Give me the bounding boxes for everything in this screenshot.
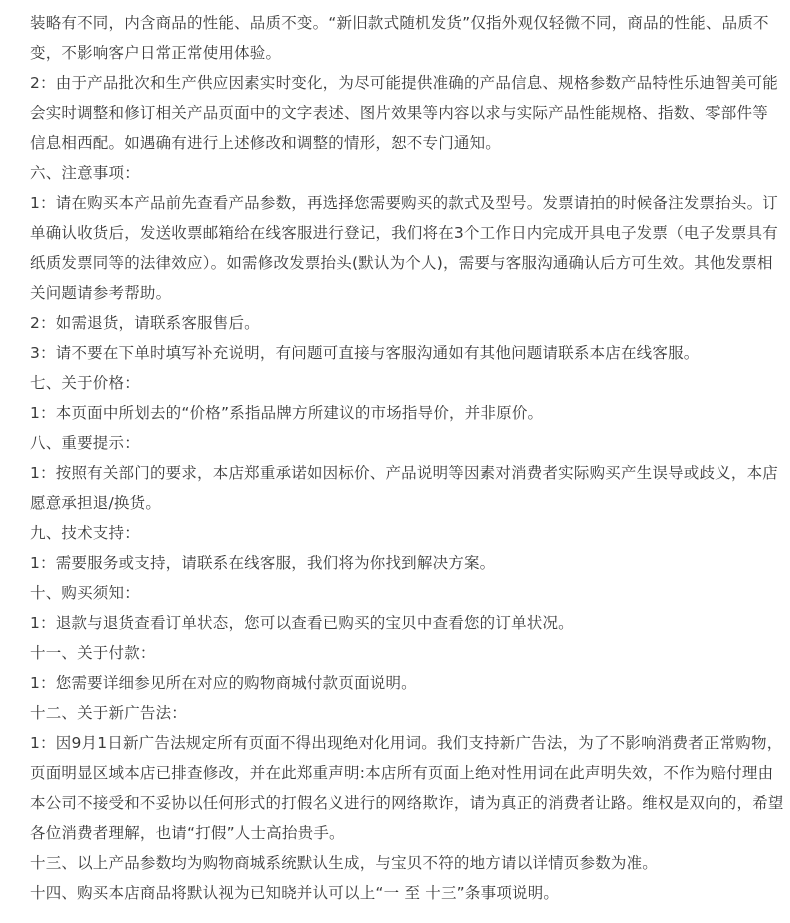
paragraph-line: 页面明显区域本店已排查修改，并在此郑重声明:本店所有页面上绝对性用词在此声明失效… <box>30 758 770 788</box>
paragraph-line: 1：退款与退货查看订单状态，您可以查看已购买的宝贝中查看您的订单状况。 <box>30 608 770 638</box>
paragraph-line: 单确认收货后，发送收票邮箱给在线客服进行登记，我们将在3个工作日内完成开具电子发… <box>30 218 770 248</box>
paragraph-line: 3：请不要在下单时填写补充说明，有问题可直接与客服沟通如有其他问题请联系本店在线… <box>30 338 770 368</box>
paragraph-line: 会实时调整和修订相关产品页面中的文字表述、图片效果等内容以求与实际产品性能规格、… <box>30 98 770 128</box>
paragraph-line: 1：请在购买本产品前先查看产品参数，再选择您需要购买的款式及型号。发票请拍的时候… <box>30 188 770 218</box>
paragraph-line: 1：按照有关部门的要求，本店郑重承诺如因标价、产品说明等因素对消费者实际购买产生… <box>30 458 770 488</box>
paragraph-line: 装略有不同，内含商品的性能、品质不变。“新旧款式随机发货”仅指外观仅轻微不同，商… <box>30 8 770 38</box>
paragraph-line: 愿意承担退/换货。 <box>30 488 770 518</box>
section-heading-params: 十三、以上产品参数均为购物商城系统默认生成，与宝贝不符的地方请以详情页参数为准。 <box>30 848 770 878</box>
section-heading-purchase: 十、购买须知： <box>30 578 770 608</box>
paragraph-line: 1：您需要详细参见所在对应的购物商城付款页面说明。 <box>30 668 770 698</box>
paragraph-line: 关问题请参考帮助。 <box>30 278 770 308</box>
paragraph-line: 1：需要服务或支持，请联系在线客服，我们将为你找到解决方案。 <box>30 548 770 578</box>
paragraph-line: 1：本页面中所划去的“价格”系指品牌方所建议的市场指导价，并非原价。 <box>30 398 770 428</box>
paragraph-line: 2：如需退货，请联系客服售后。 <box>30 308 770 338</box>
paragraph-line: 1：因9月1日新广告法规定所有页面不得出现绝对化用词。我们支持新广告法，为了不影… <box>30 728 770 758</box>
section-heading-important: 八、重要提示： <box>30 428 770 458</box>
cut-off-line: …………………………………………………………………………………………………… <box>30 0 770 8</box>
paragraph-line: 信息相西配。如遇确有进行上述修改和调整的情形，恕不专门通知。 <box>30 128 770 158</box>
store-notice-document: …………………………………………………………………………………………………… 装… <box>30 0 770 908</box>
paragraph-line: 变，不影响客户日常正常使用体验。 <box>30 38 770 68</box>
section-heading-payment: 十一、关于付款： <box>30 638 770 668</box>
section-heading-ad-law: 十二、关于新广告法： <box>30 698 770 728</box>
section-heading-acknowledgement: 十四、购买本店商品将默认视为已知晓并认可以上“一 至 十三”条事项说明。 <box>30 878 770 908</box>
section-heading-support: 九、技术支持： <box>30 518 770 548</box>
paragraph-line: 纸质发票同等的法律效应）。如需修改发票抬头(默认为个人)，需要与客服沟通确认后方… <box>30 248 770 278</box>
section-heading-notes: 六、注意事项： <box>30 158 770 188</box>
section-heading-price: 七、关于价格： <box>30 368 770 398</box>
paragraph-line: 2：由于产品批次和生产供应因素实时变化，为尽可能提供准确的产品信息、规格参数产品… <box>30 68 770 98</box>
paragraph-line: 本公司不接受和不妥协以任何形式的打假名义进行的网络欺诈，请为真正的消费者让路。维… <box>30 788 770 818</box>
paragraph-line: 各位消费者理解，也请“打假”人士高抬贵手。 <box>30 818 770 848</box>
